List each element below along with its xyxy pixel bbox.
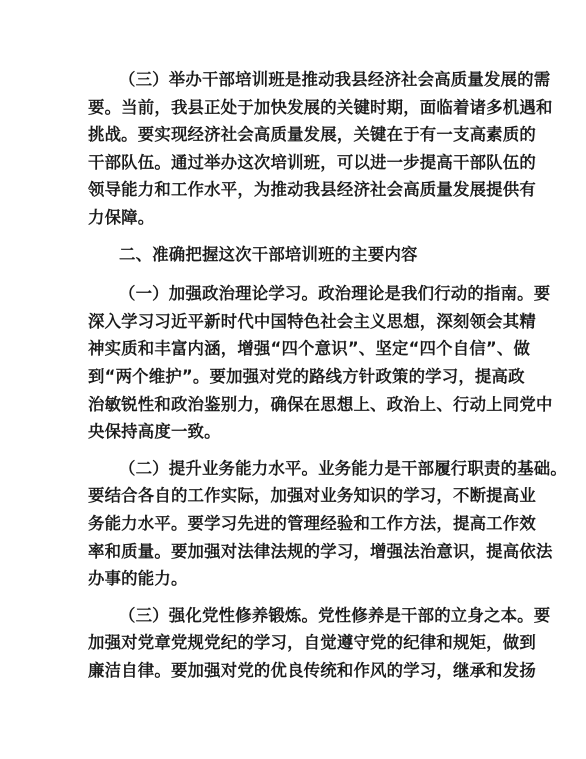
- text-line: 廉洁自律。要加强对党的优良传统和作风的学习，继承和发扬: [88, 657, 502, 685]
- text-line: 神实质和丰富内涵，增强“四个意识”、坚定“四个自信”、做: [88, 335, 502, 363]
- text-line: 务能力水平。要学习先进的管理经验和工作方法，提高工作效: [88, 510, 502, 538]
- paragraph-party-spirit: （三）强化党性修养锻炼。党性修养是干部的立身之本。要 加强对党章党规党纪的学习，…: [88, 602, 502, 685]
- text-line: （三）强化党性修养锻炼。党性修养是干部的立身之本。要: [88, 602, 502, 630]
- text-line: 治敏锐性和政治鉴别力，确保在思想上、政治上、行动上同党中: [88, 391, 502, 419]
- text-line: 力保障。: [88, 204, 502, 232]
- text-line: （一）加强政治理论学习。政治理论是我们行动的指南。要: [88, 280, 502, 308]
- text-line: 挑战。要实现经济社会高质量发展，关键在于有一支高素质的: [88, 121, 502, 149]
- text-line: 深入学习习近平新时代中国特色社会主义思想，深刻领会其精: [88, 308, 502, 336]
- paragraph-business-capability: （二）提升业务能力水平。业务能力是干部履行职责的基础。 要结合各自的工作实际，加…: [88, 455, 502, 593]
- text-line: （三）举办干部培训班是推动我县经济社会高质量发展的需: [88, 66, 502, 94]
- text-line: （二）提升业务能力水平。业务能力是干部履行职责的基础。: [88, 455, 502, 483]
- paragraph-political-theory: （一）加强政治理论学习。政治理论是我们行动的指南。要 深入学习习近平新时代中国特…: [88, 280, 502, 446]
- section-heading: 二、准确把握这次干部培训班的主要内容: [88, 241, 502, 269]
- text-line: 办事的能力。: [88, 565, 502, 593]
- text-line: 加强对党章党规党纪的学习，自觉遵守党的纪律和规矩，做到: [88, 629, 502, 657]
- text-line: 央保持高度一致。: [88, 418, 502, 446]
- text-line: 领导能力和工作水平，为推动我县经济社会高质量发展提供有: [88, 176, 502, 204]
- text-line: 到“两个维护”。要加强对党的路线方针政策的学习，提高政: [88, 363, 502, 391]
- heading-text: 二、准确把握这次干部培训班的主要内容: [88, 241, 502, 269]
- text-line: 率和质量。要加强对法律法规的学习，增强法治意识，提高依法: [88, 538, 502, 566]
- text-line: 要结合各自的工作实际，加强对业务知识的学习，不断提高业: [88, 482, 502, 510]
- text-line: 要。当前，我县正处于加快发展的关键时期，面临着诸多机遇和: [88, 94, 502, 122]
- paragraph-training-purpose: （三）举办干部培训班是推动我县经济社会高质量发展的需 要。当前，我县正处于加快发…: [88, 66, 502, 232]
- document-page: （三）举办干部培训班是推动我县经济社会高质量发展的需 要。当前，我县正处于加快发…: [88, 66, 502, 693]
- text-line: 干部队伍。通过举办这次培训班，可以进一步提高干部队伍的: [88, 149, 502, 177]
